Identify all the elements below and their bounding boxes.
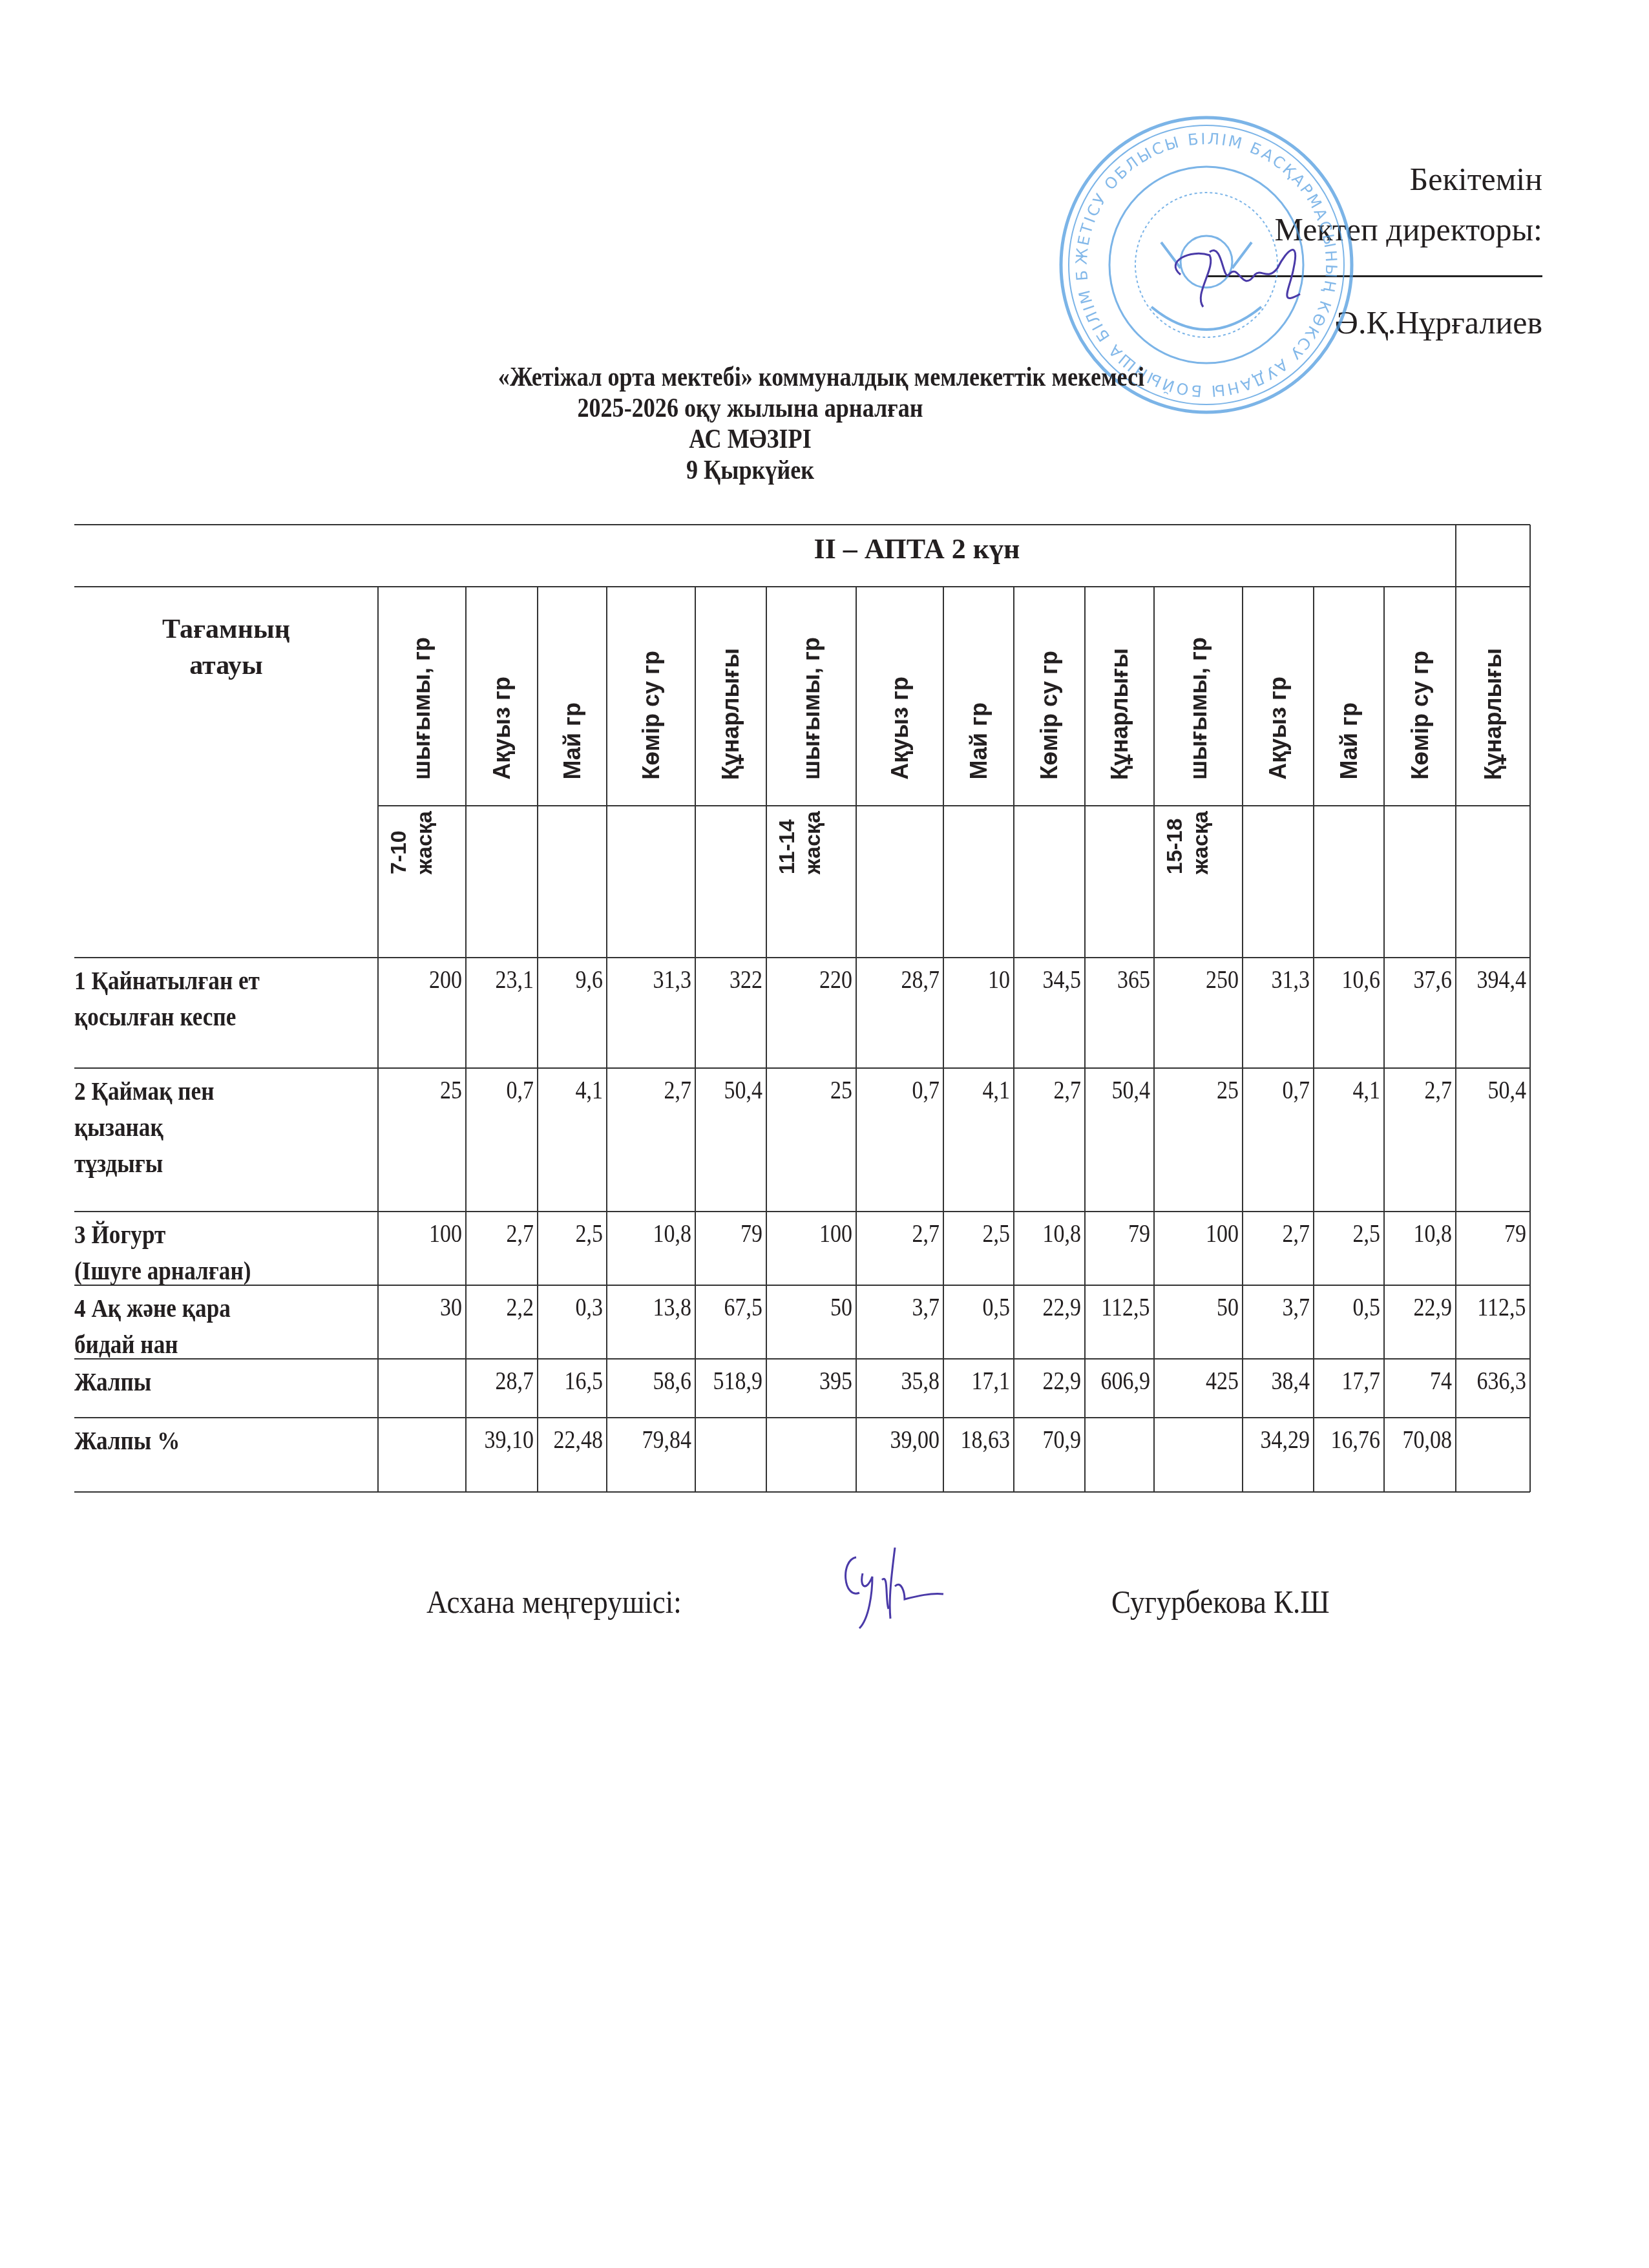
menu-date: 9 Қыркүйек bbox=[0, 455, 1523, 486]
cell-value: 18,63 bbox=[961, 1424, 1011, 1454]
table-cell bbox=[766, 1418, 856, 1492]
column-header-label: Май гр bbox=[559, 702, 586, 806]
cell-value: 79 bbox=[740, 1218, 762, 1248]
cell-value: 606,9 bbox=[1101, 1365, 1151, 1396]
cell-value: 4,1 bbox=[983, 1075, 1011, 1105]
table-cell: 4,1 bbox=[943, 1068, 1014, 1212]
cell-value: 100 bbox=[1206, 1218, 1239, 1248]
column-header: шығымы, гр bbox=[766, 587, 856, 806]
cell-value: 70,9 bbox=[1043, 1424, 1082, 1454]
table-cell: 365 bbox=[1085, 958, 1154, 1068]
cell-value: 10,8 bbox=[653, 1218, 692, 1248]
table-cell: 2,7 bbox=[466, 1212, 538, 1285]
column-header: шығымы, гр bbox=[378, 587, 466, 806]
column-header: Құнарлығы bbox=[695, 587, 766, 806]
table-cell: 4,1 bbox=[1314, 1068, 1384, 1212]
food-name-cell: 2 Қаймақ пен қызанақ тұздығы bbox=[74, 1068, 378, 1212]
cell-value: 10,8 bbox=[1414, 1218, 1453, 1248]
cell-value: 38,4 bbox=[1272, 1365, 1310, 1396]
cell-value: 100 bbox=[429, 1218, 462, 1248]
table-cell: 4,1 bbox=[538, 1068, 607, 1212]
cell-value: 16,5 bbox=[565, 1365, 604, 1396]
cell-value: 3,7 bbox=[912, 1292, 940, 1322]
table-cell: 16,76 bbox=[1314, 1418, 1384, 1492]
cell-value: 58,6 bbox=[653, 1365, 692, 1396]
cell-value: 394,4 bbox=[1477, 964, 1527, 994]
table-cell: 2,7 bbox=[1384, 1068, 1456, 1212]
table-cell: 34,5 bbox=[1014, 958, 1085, 1068]
table-cell: 70,9 bbox=[1014, 1418, 1085, 1492]
table-cell: 518,9 bbox=[695, 1359, 766, 1418]
table-cell: 2,5 bbox=[1314, 1212, 1384, 1285]
cell-value: 25 bbox=[830, 1075, 852, 1105]
column-header: Май гр bbox=[943, 587, 1014, 806]
institution-title: «Жетіжал орта мектебі» коммуналдық мемле… bbox=[109, 362, 1533, 393]
table-cell: 22,9 bbox=[1014, 1359, 1085, 1418]
column-header-label: шығымы, гр bbox=[408, 637, 436, 806]
column-header-label: Ақуыз гр bbox=[1265, 677, 1292, 806]
cell-value: 34,5 bbox=[1043, 964, 1082, 994]
table-cell: 50,4 bbox=[1085, 1068, 1154, 1212]
table-cell: 39,00 bbox=[856, 1418, 943, 1492]
column-header-label: Көмір су гр bbox=[1407, 651, 1434, 806]
food-name-cell: 1 Қайнатылған ет қосылған кеспе bbox=[74, 958, 378, 1068]
cell-value: 22,9 bbox=[1043, 1365, 1082, 1396]
cell-value: 2,7 bbox=[912, 1218, 940, 1248]
table-cell: 31,3 bbox=[607, 958, 695, 1068]
document-title: АС МӘЗІРІ bbox=[0, 424, 1523, 455]
column-header-food-name: Тағамның атауы bbox=[74, 587, 378, 845]
table-cell: 30 bbox=[378, 1285, 466, 1359]
table-cell: 2,5 bbox=[943, 1212, 1014, 1285]
cell-value: 100 bbox=[819, 1218, 852, 1248]
table-cell: 250 bbox=[1154, 958, 1243, 1068]
academic-year: 2025-2026 оқу жылына арналған bbox=[0, 393, 1523, 424]
table-cell: 2,2 bbox=[466, 1285, 538, 1359]
cell-value: 2,5 bbox=[576, 1218, 604, 1248]
cell-value: 220 bbox=[819, 964, 852, 994]
cell-value: 636,3 bbox=[1477, 1365, 1527, 1396]
table-cell: 79 bbox=[1085, 1212, 1154, 1285]
table-cell bbox=[1085, 1418, 1154, 1492]
cell-value: 50,4 bbox=[1112, 1075, 1151, 1105]
table-cell: 10 bbox=[943, 958, 1014, 1068]
cell-value: 395 bbox=[819, 1365, 852, 1396]
column-header: Құнарлығы bbox=[1085, 587, 1154, 806]
cell-value: 28,7 bbox=[901, 964, 940, 994]
cell-value: 30 bbox=[440, 1292, 462, 1322]
food-name-cell: Жалпы bbox=[74, 1359, 378, 1418]
column-header-label: Құнарлығы bbox=[1106, 648, 1133, 806]
cell-value: 13,8 bbox=[653, 1292, 692, 1322]
table-cell: 3,7 bbox=[1243, 1285, 1314, 1359]
table-cell: 112,5 bbox=[1085, 1285, 1154, 1359]
cell-value: 0,7 bbox=[1283, 1075, 1310, 1105]
column-header-label: Көмір су гр bbox=[638, 651, 665, 806]
cell-value: 50 bbox=[1217, 1292, 1239, 1322]
footer-role: Асхана меңгерушісі: bbox=[426, 1583, 710, 1621]
cell-value: 17,1 bbox=[972, 1365, 1011, 1396]
cell-value: 112,5 bbox=[1102, 1292, 1150, 1322]
age-group-text: 7-10 жасқа bbox=[386, 811, 437, 874]
cell-value: 0,3 bbox=[576, 1292, 604, 1322]
cell-value: 425 bbox=[1206, 1365, 1239, 1396]
table-cell: 10,8 bbox=[1384, 1212, 1456, 1285]
column-header: Май гр bbox=[538, 587, 607, 806]
table-cell: 0,5 bbox=[943, 1285, 1014, 1359]
cell-value: 0,5 bbox=[983, 1292, 1011, 1322]
column-header-label: Май гр bbox=[1336, 702, 1363, 806]
table-cell: 606,9 bbox=[1085, 1359, 1154, 1418]
table-cell: 35,8 bbox=[856, 1359, 943, 1418]
cell-value: 39,00 bbox=[890, 1424, 940, 1454]
cell-value: 22,48 bbox=[554, 1424, 604, 1454]
cell-value: 200 bbox=[429, 964, 462, 994]
column-header: Көмір су гр bbox=[1014, 587, 1085, 806]
table-cell: 10,6 bbox=[1314, 958, 1384, 1068]
table-cell: 0,7 bbox=[856, 1068, 943, 1212]
table-cell: 39,10 bbox=[466, 1418, 538, 1492]
cell-value: 74 bbox=[1430, 1365, 1452, 1396]
table-cell: 2,7 bbox=[607, 1068, 695, 1212]
cell-value: 50,4 bbox=[724, 1075, 763, 1105]
cell-value: 0,7 bbox=[507, 1075, 534, 1105]
cell-value: 365 bbox=[1117, 964, 1150, 994]
column-header: Ақуыз гр bbox=[856, 587, 943, 806]
cell-value: 23,1 bbox=[496, 964, 534, 994]
food-name: 2 Қаймақ пен қызанақ тұздығы bbox=[74, 1073, 214, 1182]
footer-name: Сугурбекова К.Ш bbox=[1111, 1583, 1354, 1621]
cell-value: 0,5 bbox=[1353, 1292, 1381, 1322]
table-cell: 0,3 bbox=[538, 1285, 607, 1359]
cell-value: 16,76 bbox=[1331, 1424, 1381, 1454]
food-name-cell: Жалпы % bbox=[74, 1418, 378, 1492]
table-cell bbox=[1154, 1418, 1243, 1492]
table-cell: 25 bbox=[1154, 1068, 1243, 1212]
table-cell: 220 bbox=[766, 958, 856, 1068]
cell-value: 0,7 bbox=[912, 1075, 940, 1105]
table-cell: 17,7 bbox=[1314, 1359, 1384, 1418]
cell-value: 31,3 bbox=[653, 964, 692, 994]
column-header-label: шығымы, гр bbox=[798, 637, 825, 806]
cell-value: 10 bbox=[988, 964, 1010, 994]
table-cell bbox=[378, 1359, 466, 1418]
table-cell: 70,08 bbox=[1384, 1418, 1456, 1492]
table-cell: 37,6 bbox=[1384, 958, 1456, 1068]
table-cell: 22,9 bbox=[1014, 1285, 1085, 1359]
table-cell bbox=[378, 1418, 466, 1492]
column-header: шығымы, гр bbox=[1154, 587, 1243, 806]
table-cell: 22,48 bbox=[538, 1418, 607, 1492]
column-header-label: Ақуыз гр bbox=[887, 677, 914, 806]
cell-value: 9,6 bbox=[576, 964, 604, 994]
table-cell: 3,7 bbox=[856, 1285, 943, 1359]
table-cell: 2,7 bbox=[1014, 1068, 1085, 1212]
document-titles: «Жетіжал орта мектебі» коммуналдық мемле… bbox=[0, 362, 1649, 486]
cell-value: 22,9 bbox=[1414, 1292, 1453, 1322]
cell-value: 2,7 bbox=[1054, 1075, 1082, 1105]
cook-signature-icon bbox=[834, 1548, 995, 1632]
table-cell: 67,5 bbox=[695, 1285, 766, 1359]
cell-value: 2,7 bbox=[664, 1075, 692, 1105]
food-name: Жалпы % bbox=[74, 1423, 180, 1459]
cell-value: 67,5 bbox=[724, 1292, 763, 1322]
table-cell: 50,4 bbox=[1456, 1068, 1530, 1212]
table-cell: 31,3 bbox=[1243, 958, 1314, 1068]
table-cell: 23,1 bbox=[466, 958, 538, 1068]
week-label: ІІ – АПТА 2 күн bbox=[378, 525, 1456, 587]
cell-value: 2,7 bbox=[507, 1218, 534, 1248]
cell-value: 4,1 bbox=[576, 1075, 604, 1105]
cell-value: 70,08 bbox=[1403, 1424, 1453, 1454]
cell-value: 25 bbox=[1217, 1075, 1239, 1105]
cell-value: 37,6 bbox=[1414, 964, 1453, 994]
table-cell: 100 bbox=[378, 1212, 466, 1285]
cell-value: 31,3 bbox=[1272, 964, 1310, 994]
cell-value: 518,9 bbox=[713, 1365, 763, 1396]
table-cell: 25 bbox=[378, 1068, 466, 1212]
cell-value: 25 bbox=[440, 1075, 462, 1105]
table-cell: 2,5 bbox=[538, 1212, 607, 1285]
cell-value: 79 bbox=[1504, 1218, 1526, 1248]
table-cell: 395 bbox=[766, 1359, 856, 1418]
cell-value: 35,8 bbox=[901, 1365, 940, 1396]
cell-value: 17,7 bbox=[1342, 1365, 1381, 1396]
column-header-label: Көмір су гр bbox=[1036, 651, 1063, 806]
cell-value: 34,29 bbox=[1261, 1424, 1310, 1454]
table-cell: 58,6 bbox=[607, 1359, 695, 1418]
table-cell: 0,7 bbox=[466, 1068, 538, 1212]
table-cell: 74 bbox=[1384, 1359, 1456, 1418]
column-header: Көмір су гр bbox=[607, 587, 695, 806]
age-group-label: 7-10 жасқа bbox=[378, 806, 466, 958]
food-name: 3 Йогурт (Ішуге арналған) bbox=[74, 1217, 251, 1289]
column-header: Ақуыз гр bbox=[1243, 587, 1314, 806]
table-cell: 50 bbox=[1154, 1285, 1243, 1359]
table-cell: 2,7 bbox=[1243, 1212, 1314, 1285]
cell-value: 3,7 bbox=[1283, 1292, 1310, 1322]
table-cell: 34,29 bbox=[1243, 1418, 1314, 1492]
cell-value: 10,6 bbox=[1342, 964, 1381, 994]
age-group-label: 15-18 жасқа bbox=[1154, 806, 1243, 958]
table-cell: 38,4 bbox=[1243, 1359, 1314, 1418]
cell-value: 50,4 bbox=[1488, 1075, 1527, 1105]
column-header-label: Май гр bbox=[965, 702, 993, 806]
column-header: Құнарлығы bbox=[1456, 587, 1530, 806]
table-cell: 394,4 bbox=[1456, 958, 1530, 1068]
cell-value: 250 bbox=[1206, 964, 1239, 994]
cell-value: 2,2 bbox=[507, 1292, 534, 1322]
cell-value: 28,7 bbox=[496, 1365, 534, 1396]
table-cell: 50 bbox=[766, 1285, 856, 1359]
table-cell: 9,6 bbox=[538, 958, 607, 1068]
table-cell bbox=[1456, 1418, 1530, 1492]
column-header: Көмір су гр bbox=[1384, 587, 1456, 806]
cell-value: 2,7 bbox=[1283, 1218, 1310, 1248]
column-header-label: шығымы, гр bbox=[1185, 637, 1212, 806]
cell-value: 22,9 bbox=[1043, 1292, 1082, 1322]
table-cell: 425 bbox=[1154, 1359, 1243, 1418]
cell-value: 79,84 bbox=[642, 1424, 692, 1454]
column-header-label: Ақуыз гр bbox=[488, 677, 516, 806]
table-cell: 79 bbox=[1456, 1212, 1530, 1285]
table-cell: 28,7 bbox=[466, 1359, 538, 1418]
table-cell: 636,3 bbox=[1456, 1359, 1530, 1418]
cell-value: 2,7 bbox=[1425, 1075, 1453, 1105]
table-cell: 13,8 bbox=[607, 1285, 695, 1359]
table-cell: 100 bbox=[766, 1212, 856, 1285]
table-cell: 0,5 bbox=[1314, 1285, 1384, 1359]
column-header: Май гр bbox=[1314, 587, 1384, 806]
table-cell: 79,84 bbox=[607, 1418, 695, 1492]
cell-value: 79 bbox=[1128, 1218, 1150, 1248]
cell-value: 322 bbox=[730, 964, 762, 994]
table-cell: 112,5 bbox=[1456, 1285, 1530, 1359]
cell-value: 39,10 bbox=[485, 1424, 534, 1454]
table-cell: 16,5 bbox=[538, 1359, 607, 1418]
cell-value: 4,1 bbox=[1353, 1075, 1381, 1105]
food-name-cell: 4 Ақ және қара бидай нан bbox=[74, 1285, 378, 1359]
column-header: Ақуыз гр bbox=[466, 587, 538, 806]
cell-value: 10,8 bbox=[1043, 1218, 1082, 1248]
table-cell bbox=[695, 1418, 766, 1492]
cell-value: 112,5 bbox=[1478, 1292, 1526, 1322]
food-name: 1 Қайнатылған ет қосылған кеспе bbox=[74, 963, 260, 1035]
food-name: 4 Ақ және қара бидай нан bbox=[74, 1290, 231, 1363]
table-cell: 200 bbox=[378, 958, 466, 1068]
table-cell: 22,9 bbox=[1384, 1285, 1456, 1359]
table-cell: 322 bbox=[695, 958, 766, 1068]
table-cell: 79 bbox=[695, 1212, 766, 1285]
food-name-cell: 3 Йогурт (Ішуге арналған) bbox=[74, 1212, 378, 1285]
age-group-text: 15-18 жасқа bbox=[1162, 811, 1213, 874]
age-group-text: 11-14 жасқа bbox=[774, 811, 826, 874]
food-name: Жалпы bbox=[74, 1364, 151, 1400]
table-cell: 17,1 bbox=[943, 1359, 1014, 1418]
age-group-label: 11-14 жасқа bbox=[766, 806, 856, 958]
table-cell: 28,7 bbox=[856, 958, 943, 1068]
cell-value: 2,5 bbox=[1353, 1218, 1381, 1248]
table-cell: 10,8 bbox=[607, 1212, 695, 1285]
svg-text:ЖЕТІСУ ОБЛЫСЫ БІЛІМ БАСҚАРМАСЫ: ЖЕТІСУ ОБЛЫСЫ БІЛІМ БАСҚАРМАСЫНЫҢ КӨКСУ … bbox=[1055, 113, 1340, 400]
table-cell: 10,8 bbox=[1014, 1212, 1085, 1285]
table-cell: 2,7 bbox=[856, 1212, 943, 1285]
column-header-label: Құнарлығы bbox=[1480, 648, 1507, 806]
table-cell: 18,63 bbox=[943, 1418, 1014, 1492]
cell-value: 50 bbox=[830, 1292, 852, 1322]
table-cell: 25 bbox=[766, 1068, 856, 1212]
cell-value: 2,5 bbox=[983, 1218, 1011, 1248]
column-header-label: Құнарлығы bbox=[717, 648, 744, 806]
table-cell: 100 bbox=[1154, 1212, 1243, 1285]
table-cell: 0,7 bbox=[1243, 1068, 1314, 1212]
table-cell: 50,4 bbox=[695, 1068, 766, 1212]
